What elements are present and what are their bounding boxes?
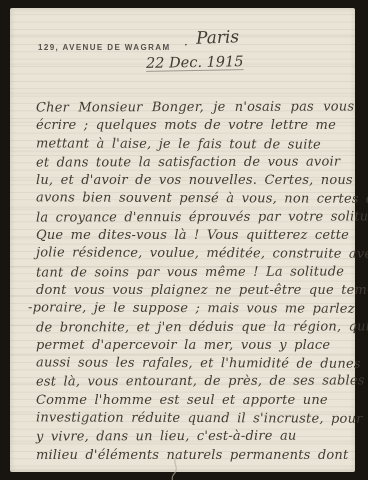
letter-paper: 129, AVENUE DE WAGRAM · Paris 22 Dec. 19… [10,8,355,472]
scanned-letter-image: 129, AVENUE DE WAGRAM · Paris 22 Dec. 19… [0,0,368,480]
handwritten-line: milieu d'éléments naturels permanents do… [36,447,350,465]
handwritten-line: mettant à l'aise, je le fais tout de sui… [36,135,350,155]
handwritten-line: de bronchite, et j'en déduis que la régi… [36,318,350,337]
handwritten-date: 22 Dec. 1915 [146,54,244,72]
handwritten-line: Que me dites-vous là ! Vous quitterez ce… [36,227,350,245]
letter-body: Cher Monsieur Bonger, je n'osais pas vou… [36,99,350,465]
handwritten-line: tant de soins par vous même ! La solitud… [36,263,350,282]
handwritten-line: investigation réduite quand il s'incrust… [36,409,350,429]
handwritten-line: la croyance d'ennuis éprouvés par votre … [36,208,350,227]
handwritten-line: avons bien souvent pensé à vous, non cer… [36,190,350,210]
handwritten-line: écrire ; quelques mots de votre lettre m… [36,117,350,135]
handwritten-line: y vivre, dans un lieu, c'est-à-dire au [36,428,350,447]
handwritten-line: Cher Monsieur Bonger, je n'osais pas vou… [36,98,350,117]
handwritten-line: -poraire, je le suppose ; mais vous me p… [28,300,350,320]
handwritten-line: permet d'apercevoir la mer, vous y place [36,337,350,355]
handwritten-line: et dans toute la satisfaction de vous av… [36,153,350,172]
handwritten-line: est là, vous entourant, de près, de ses … [36,373,350,392]
separator-dot: · [184,38,188,52]
handwritten-line: lu, et d'avoir de vos nouvelles. Certes,… [36,172,350,190]
handwritten-line: jolie résidence, voulue, méditée, constr… [36,245,350,265]
letterhead-address: 129, AVENUE DE WAGRAM [38,43,171,52]
paper-crease-mark [162,456,186,480]
handwritten-place: Paris [196,27,240,48]
handwritten-line: aussi sous les rafales, et l'humidité de… [36,354,350,374]
handwritten-line: Comme l'homme est seul et apporte une [36,392,350,410]
handwritten-line: dont vous vous plaignez ne peut-être que… [36,282,350,300]
